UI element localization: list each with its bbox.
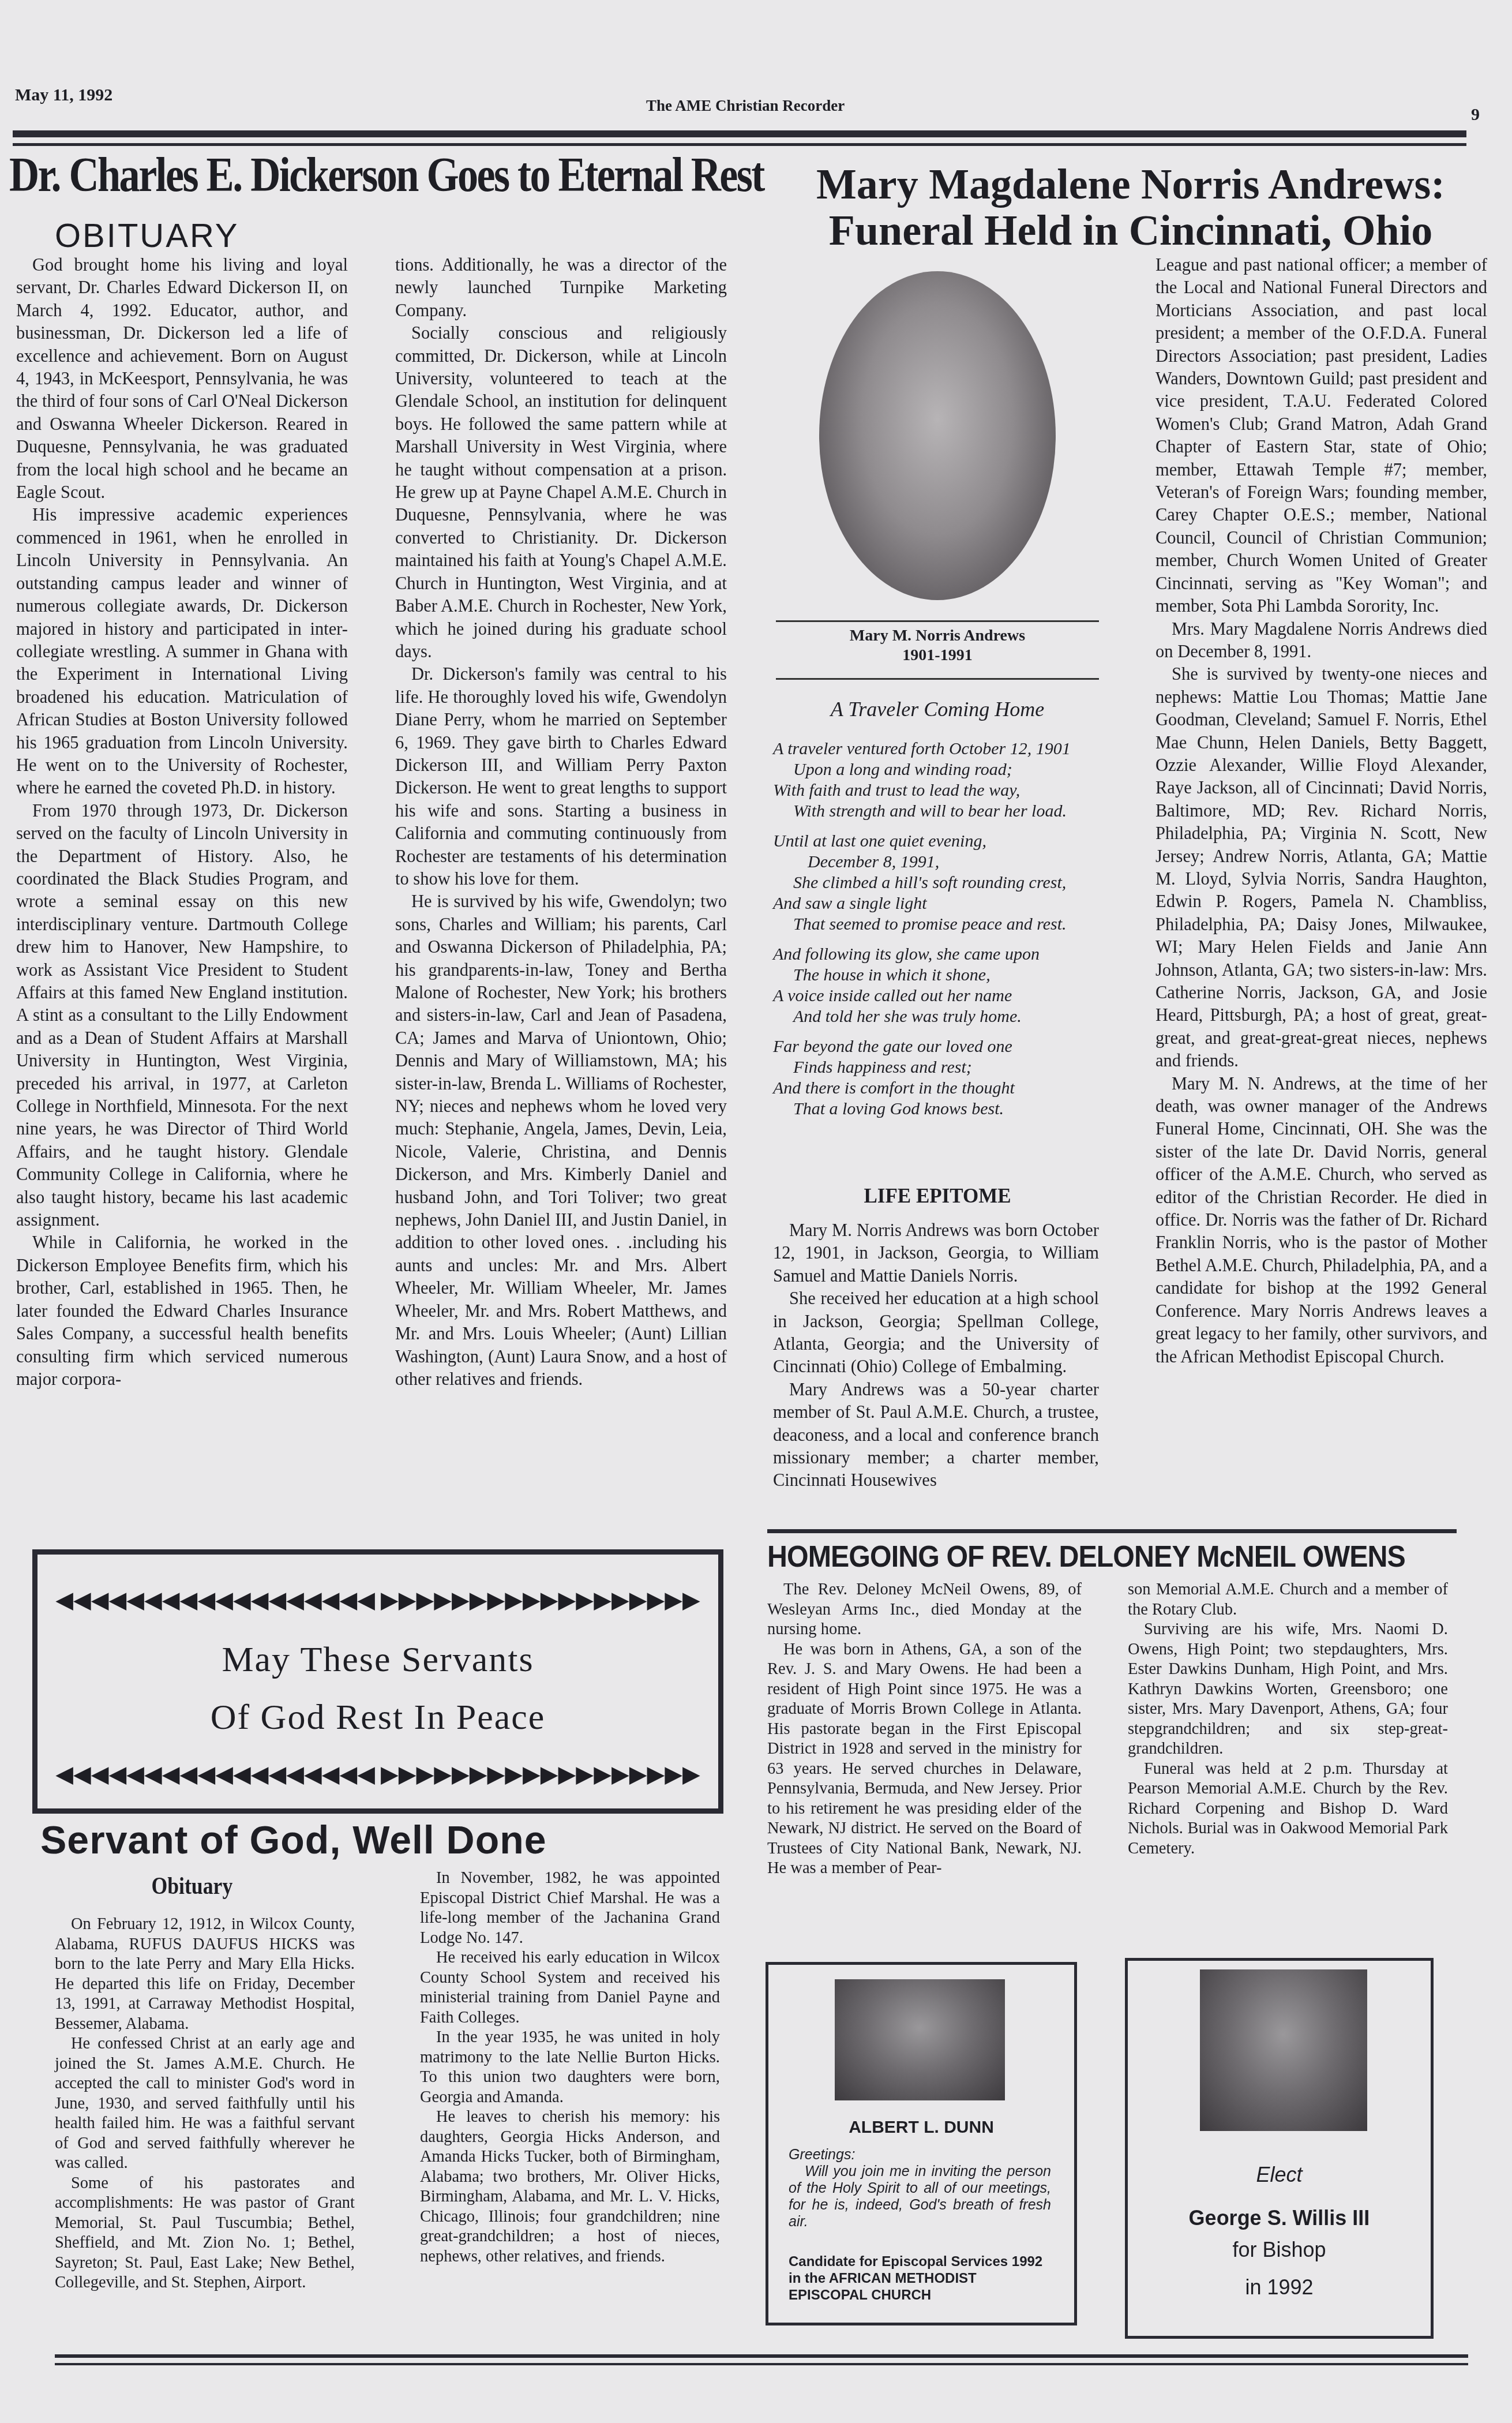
dickerson-column-1: God brought home his living and loyal se…	[16, 254, 348, 1391]
paragraph: He received his early education in Wilco…	[420, 1948, 720, 2028]
hicks-column-1: On February 12, 1912, in Wilcox County, …	[55, 1915, 355, 2293]
masthead-rule-thin	[13, 143, 1466, 146]
rip-line-1: May These Servants	[37, 1631, 718, 1688]
caption-rule	[776, 620, 1099, 622]
andrews-column-1: Mary M. Norris Andrews was born October …	[773, 1219, 1099, 1492]
paragraph: He confessed Christ at an early age and …	[55, 2034, 355, 2174]
poem-line: That seemed to promise peace and rest.	[773, 914, 1099, 935]
owens-column-1: The Rev. Deloney McNeil Owens, 89, of We…	[767, 1580, 1082, 1879]
paragraph: In November, 1982, he was appointed Epis…	[420, 1868, 720, 1948]
issue-date: May 11, 1992	[15, 85, 112, 105]
poem-line: She climbed a hill's soft rounding crest…	[773, 872, 1099, 893]
dunn-greeting: Greetings: Will you join me in inviting …	[789, 2147, 1051, 2230]
willis-name: George S. Willis III	[1128, 2206, 1431, 2230]
arrow-ornament-icon: ◀◀◀◀◀◀◀◀◀◀◀◀◀◀◀◀◀◀ ▶▶▶▶▶▶▶▶▶▶▶▶▶▶▶▶▶▶	[37, 1586, 718, 1613]
poem-line: Until at last one quiet evening,	[773, 831, 1099, 852]
paragraph: God brought home his living and loyal se…	[16, 254, 348, 504]
greeting-label: Greetings:	[789, 2147, 1051, 2163]
paragraph: He leaves to cherish his memory: his dau…	[420, 2107, 720, 2267]
paragraph: From 1970 through 1973, Dr. Dickerson se…	[16, 800, 348, 1232]
poem-title: A Traveler Coming Home	[776, 697, 1099, 721]
caption-rule	[776, 678, 1099, 680]
willis-elect: Elect	[1128, 2163, 1431, 2187]
footer-rule-thin	[55, 2363, 1468, 2365]
poem-line: That a loving God knows best.	[773, 1099, 1099, 1119]
caption-years: 1901-1991	[776, 646, 1099, 665]
paragraph: She received her education at a high sch…	[773, 1287, 1099, 1379]
paragraph: Socially conscious and religiously commi…	[395, 322, 727, 663]
footer-rule	[55, 2354, 1468, 2358]
greeting-message: Will you join me in inviting the person …	[789, 2163, 1051, 2230]
poem-line: A voice inside called out her name	[773, 986, 1099, 1006]
poem-line: And following its glow, she came upon	[773, 944, 1099, 965]
paragraph: League and past national officer; a memb…	[1155, 254, 1487, 618]
paragraph: Mary Andrews was a 50-year charter membe…	[773, 1379, 1099, 1492]
paragraph: Some of his pastorates and accomplishmen…	[55, 2174, 355, 2293]
poem-line: And told her she was truly home.	[773, 1006, 1099, 1027]
andrews-headline: Mary Magdalene Norris Andrews: Funeral H…	[776, 162, 1485, 254]
willis-campaign-ad: Elect George S. Willis III for Bishop in…	[1125, 1958, 1434, 2339]
paragraph: Surviving are his wife, Mrs. Naomi D. Ow…	[1128, 1620, 1448, 1759]
dunn-name: ALBERT L. DUNN	[768, 2118, 1074, 2137]
dunn-portrait-photo	[835, 1979, 1005, 2100]
paragraph: His impressive academic experiences comm…	[16, 504, 348, 799]
paragraph: Mary M. Norris Andrews was born October …	[773, 1219, 1099, 1287]
publication-name: The AME Christian Recorder	[646, 97, 845, 115]
section-rule	[767, 1529, 1457, 1533]
poem-line: Upon a long and winding road;	[773, 759, 1099, 780]
life-epitome-heading: LIFE EPITOME	[776, 1185, 1099, 1208]
willis-year: in 1992	[1128, 2275, 1431, 2300]
poem-line: The house in which it shone,	[773, 965, 1099, 986]
poem-line: Finds happiness and rest;	[773, 1057, 1099, 1078]
owens-headline: HOMEGOING OF REV. DELONEY McNEIL OWENS	[767, 1540, 1405, 1574]
poem-line: With faith and trust to lead the way,	[773, 780, 1099, 801]
paragraph: The Rev. Deloney McNeil Owens, 89, of We…	[767, 1580, 1082, 1640]
paragraph: Funeral was held at 2 p.m. Thursday at P…	[1128, 1759, 1448, 1859]
poem-line: And there is comfort in the thought	[773, 1078, 1099, 1099]
arrow-ornament-icon: ◀◀◀◀◀◀◀◀◀◀◀◀◀◀◀◀◀◀ ▶▶▶▶▶▶▶▶▶▶▶▶▶▶▶▶▶▶	[37, 1761, 718, 1788]
paragraph: son Memorial A.M.E. Church and a member …	[1128, 1580, 1448, 1620]
owens-column-2: son Memorial A.M.E. Church and a member …	[1128, 1580, 1448, 1859]
paragraph: He is survived by his wife, Gwendolyn; t…	[395, 890, 727, 1391]
obituary-kicker: OBITUARY	[55, 216, 239, 255]
paragraph: tions. Additionally, he was a director o…	[395, 254, 727, 322]
masthead-rule	[13, 130, 1466, 137]
dickerson-column-2: tions. Additionally, he was a director o…	[395, 254, 727, 1391]
andrews-column-2: League and past national officer; a memb…	[1155, 254, 1487, 1368]
paragraph: Mrs. Mary Magdalene Norris Andrews died …	[1155, 618, 1487, 664]
andrews-portrait-photo	[819, 271, 1056, 600]
poem-stanza: Until at last one quiet evening, Decembe…	[773, 831, 1099, 935]
rest-in-peace-box: ◀◀◀◀◀◀◀◀◀◀◀◀◀◀◀◀◀◀ ▶▶▶▶▶▶▶▶▶▶▶▶▶▶▶▶▶▶ Ma…	[32, 1549, 723, 1814]
poem-line: With strength and will to bear her load.	[773, 801, 1099, 822]
paragraph: He was born in Athens, GA, a son of the …	[767, 1640, 1082, 1879]
paragraph: Mary M. N. Andrews, at the time of her d…	[1155, 1073, 1487, 1368]
rip-line-2: Of God Rest In Peace	[37, 1688, 718, 1746]
willis-portrait-photo	[1200, 1969, 1367, 2131]
poem-line: A traveler ventured forth October 12, 19…	[773, 739, 1099, 759]
poem-line: December 8, 1991,	[773, 852, 1099, 872]
poem-stanza: And following its glow, she came upon Th…	[773, 944, 1099, 1027]
page-number: 9	[1471, 105, 1480, 125]
poem-line: Far beyond the gate our loved one	[773, 1036, 1099, 1057]
willis-for-bishop: for Bishop	[1128, 2238, 1431, 2262]
poem-stanza: A traveler ventured forth October 12, 19…	[773, 739, 1099, 822]
poem: A traveler ventured forth October 12, 19…	[773, 739, 1099, 1129]
dunn-campaign-ad: ALBERT L. DUNN Greetings: Will you join …	[766, 1962, 1077, 2325]
poem-line: And saw a single light	[773, 893, 1099, 914]
poem-stanza: Far beyond the gate our loved one Finds …	[773, 1036, 1099, 1119]
hicks-subhead: Obituary	[151, 1873, 232, 1900]
hicks-headline: Servant of God, Well Done	[40, 1818, 547, 1863]
caption-name: Mary M. Norris Andrews	[776, 626, 1099, 646]
paragraph: On February 12, 1912, in Wilcox County, …	[55, 1915, 355, 2034]
paragraph: She is survived by twenty-one nieces and…	[1155, 663, 1487, 1072]
dickerson-headline: Dr. Charles E. Dickerson Goes to Eternal…	[9, 147, 764, 203]
paragraph: Dr. Dickerson's family was central to hi…	[395, 663, 727, 890]
hicks-column-2: In November, 1982, he was appointed Epis…	[420, 1868, 720, 2267]
paragraph: While in California, he worked in the Di…	[16, 1231, 348, 1391]
photo-caption: Mary M. Norris Andrews 1901-1991	[776, 626, 1099, 665]
dunn-candidacy: Candidate for Episcopal Services 1992 in…	[789, 2253, 1051, 2304]
paragraph: In the year 1935, he was united in holy …	[420, 2028, 720, 2107]
